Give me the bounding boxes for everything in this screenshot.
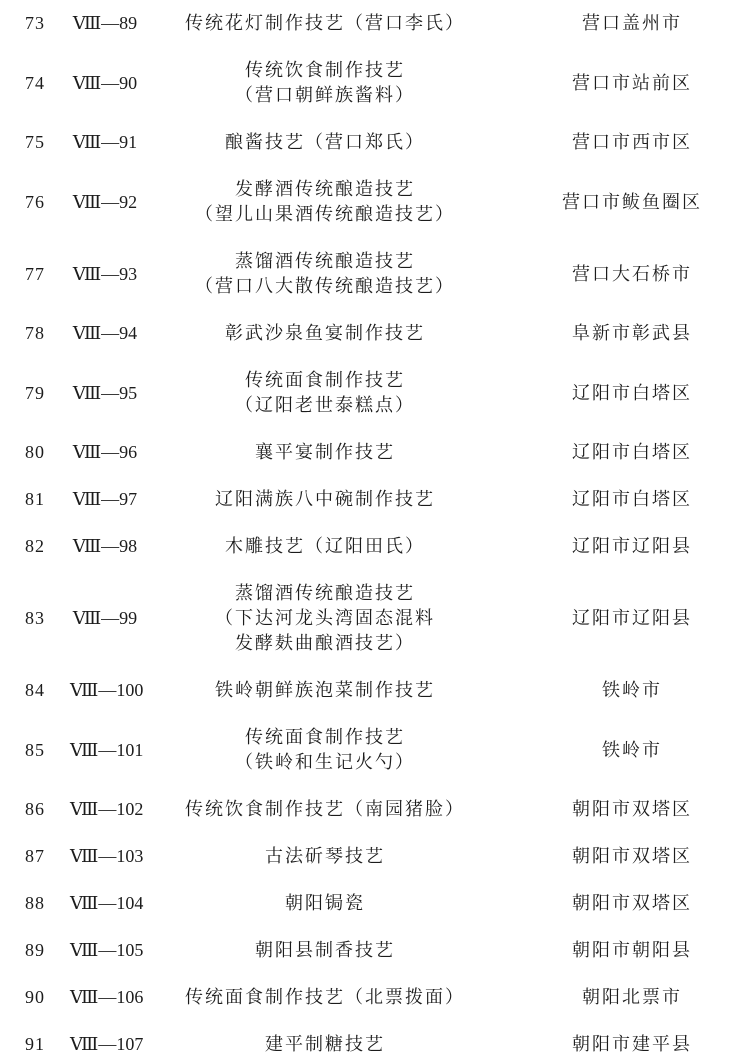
item-name-line: 发酵酒传统酿造技艺 (140, 177, 510, 202)
item-name: 传统饮食制作技艺（南园猪脸） (140, 797, 510, 822)
row-number: 76 (0, 190, 70, 215)
row-code: Ⅷ—99 (70, 606, 140, 631)
item-name-line: 朝阳县制香技艺 (140, 938, 510, 963)
row-number: 90 (0, 985, 70, 1010)
item-location: 辽阳市白塔区 (510, 440, 730, 465)
item-name-line: 襄平宴制作技艺 (140, 440, 510, 465)
row-number: 87 (0, 844, 70, 869)
item-name: 发酵酒传统酿造技艺（望儿山果酒传统酿造技艺） (140, 177, 510, 227)
item-location: 营口市站前区 (510, 71, 730, 96)
item-location: 朝阳市双塔区 (510, 891, 730, 916)
item-name-line: 辽阳满族八中碗制作技艺 (140, 487, 510, 512)
item-location: 辽阳市辽阳县 (510, 534, 730, 559)
row-code: Ⅷ—93 (70, 262, 140, 287)
row-number: 85 (0, 738, 70, 763)
item-name-line: （辽阳老世泰糕点） (140, 393, 510, 418)
row-number: 78 (0, 321, 70, 346)
item-location: 营口市西市区 (510, 130, 730, 155)
item-name: 古法斫琴技艺 (140, 844, 510, 869)
row-code: Ⅷ—95 (70, 381, 140, 406)
row-number: 81 (0, 487, 70, 512)
table-row: 91Ⅷ—107建平制糖技艺朝阳市建平县 (0, 1021, 730, 1060)
row-code: Ⅷ—107 (70, 1032, 140, 1057)
item-location: 朝阳市双塔区 (510, 797, 730, 822)
row-number: 74 (0, 71, 70, 96)
item-name-line: 传统面食制作技艺 (140, 368, 510, 393)
row-number: 80 (0, 440, 70, 465)
item-name: 酿酱技艺（营口郑氏） (140, 130, 510, 155)
row-code: Ⅷ—105 (70, 938, 140, 963)
row-code: Ⅷ—89 (70, 11, 140, 36)
item-name-line: （望儿山果酒传统酿造技艺） (140, 202, 510, 227)
item-location: 辽阳市辽阳县 (510, 606, 730, 631)
item-location: 阜新市彰武县 (510, 321, 730, 346)
item-name: 朝阳县制香技艺 (140, 938, 510, 963)
item-name: 辽阳满族八中碗制作技艺 (140, 487, 510, 512)
item-name-line: 传统饮食制作技艺 (140, 58, 510, 83)
item-location: 朝阳市建平县 (510, 1032, 730, 1057)
row-number: 82 (0, 534, 70, 559)
row-code: Ⅷ—96 (70, 440, 140, 465)
row-number: 75 (0, 130, 70, 155)
row-number: 86 (0, 797, 70, 822)
item-name-line: （下达河龙头湾固态混料 (140, 606, 510, 631)
row-number: 73 (0, 11, 70, 36)
item-name: 彰武沙泉鱼宴制作技艺 (140, 321, 510, 346)
item-name: 传统饮食制作技艺（营口朝鲜族酱料） (140, 58, 510, 108)
item-name: 传统花灯制作技艺（营口李氏） (140, 11, 510, 36)
row-number: 88 (0, 891, 70, 916)
item-name-line: 蒸馏酒传统酿造技艺 (140, 581, 510, 606)
row-code: Ⅷ—92 (70, 190, 140, 215)
row-code: Ⅷ—106 (70, 985, 140, 1010)
item-name: 传统面食制作技艺（北票拨面） (140, 985, 510, 1010)
item-name-line: 传统饮食制作技艺（南园猪脸） (140, 797, 510, 822)
item-name-line: 传统面食制作技艺 (140, 725, 510, 750)
table-row: 90Ⅷ—106传统面食制作技艺（北票拨面）朝阳北票市 (0, 974, 730, 1021)
table-row: 76Ⅷ—92发酵酒传统酿造技艺（望儿山果酒传统酿造技艺）营口市鲅鱼圈区 (0, 166, 730, 238)
table-row: 79Ⅷ—95传统面食制作技艺（辽阳老世泰糕点）辽阳市白塔区 (0, 357, 730, 429)
item-location: 辽阳市白塔区 (510, 487, 730, 512)
row-code: Ⅷ—97 (70, 487, 140, 512)
item-location: 营口市鲅鱼圈区 (510, 190, 730, 215)
table-row: 75Ⅷ—91酿酱技艺（营口郑氏）营口市西市区 (0, 119, 730, 166)
table-row: 83Ⅷ—99蒸馏酒传统酿造技艺（下达河龙头湾固态混料发酵麸曲酿酒技艺）辽阳市辽阳… (0, 570, 730, 667)
item-location: 朝阳市朝阳县 (510, 938, 730, 963)
table-row: 87Ⅷ—103古法斫琴技艺朝阳市双塔区 (0, 833, 730, 880)
item-location: 朝阳北票市 (510, 985, 730, 1010)
item-location: 铁岭市 (510, 678, 730, 703)
item-name-line: 铁岭朝鲜族泡菜制作技艺 (140, 678, 510, 703)
item-name: 铁岭朝鲜族泡菜制作技艺 (140, 678, 510, 703)
item-name: 传统面食制作技艺（铁岭和生记火勺） (140, 725, 510, 775)
table-row: 85Ⅷ—101传统面食制作技艺（铁岭和生记火勺）铁岭市 (0, 714, 730, 786)
heritage-table: 73Ⅷ—89传统花灯制作技艺（营口李氏）营口盖州市74Ⅷ—90传统饮食制作技艺（… (0, 0, 730, 1060)
item-location: 朝阳市双塔区 (510, 844, 730, 869)
item-name-line: 建平制糖技艺 (140, 1032, 510, 1057)
row-code: Ⅷ—100 (70, 678, 140, 703)
row-code: Ⅷ—91 (70, 130, 140, 155)
item-name: 木雕技艺（辽阳田氏） (140, 534, 510, 559)
document-page: 73Ⅷ—89传统花灯制作技艺（营口李氏）营口盖州市74Ⅷ—90传统饮食制作技艺（… (0, 0, 730, 1060)
item-name-line: 古法斫琴技艺 (140, 844, 510, 869)
table-row: 89Ⅷ—105朝阳县制香技艺朝阳市朝阳县 (0, 927, 730, 974)
table-row: 73Ⅷ—89传统花灯制作技艺（营口李氏）营口盖州市 (0, 0, 730, 47)
row-number: 84 (0, 678, 70, 703)
item-location: 营口大石桥市 (510, 262, 730, 287)
item-name-line: （铁岭和生记火勺） (140, 750, 510, 775)
row-number: 79 (0, 381, 70, 406)
table-row: 84Ⅷ—100铁岭朝鲜族泡菜制作技艺铁岭市 (0, 667, 730, 714)
row-code: Ⅷ—98 (70, 534, 140, 559)
item-name-line: 朝阳锔瓷 (140, 891, 510, 916)
table-row: 74Ⅷ—90传统饮食制作技艺（营口朝鲜族酱料）营口市站前区 (0, 47, 730, 119)
table-row: 78Ⅷ—94彰武沙泉鱼宴制作技艺阜新市彰武县 (0, 310, 730, 357)
item-name: 传统面食制作技艺（辽阳老世泰糕点） (140, 368, 510, 418)
table-row: 82Ⅷ—98木雕技艺（辽阳田氏）辽阳市辽阳县 (0, 523, 730, 570)
row-number: 77 (0, 262, 70, 287)
item-name: 蒸馏酒传统酿造技艺（营口八大散传统酿造技艺） (140, 249, 510, 299)
row-code: Ⅷ—104 (70, 891, 140, 916)
row-code: Ⅷ—101 (70, 738, 140, 763)
table-row: 81Ⅷ—97辽阳满族八中碗制作技艺辽阳市白塔区 (0, 476, 730, 523)
item-location: 铁岭市 (510, 738, 730, 763)
item-name: 建平制糖技艺 (140, 1032, 510, 1057)
item-name: 襄平宴制作技艺 (140, 440, 510, 465)
row-code: Ⅷ—102 (70, 797, 140, 822)
row-code: Ⅷ—90 (70, 71, 140, 96)
item-name-line: 传统面食制作技艺（北票拨面） (140, 985, 510, 1010)
table-row: 88Ⅷ—104朝阳锔瓷朝阳市双塔区 (0, 880, 730, 927)
table-row: 77Ⅷ—93蒸馏酒传统酿造技艺（营口八大散传统酿造技艺）营口大石桥市 (0, 238, 730, 310)
row-code: Ⅷ—103 (70, 844, 140, 869)
item-name-line: 发酵麸曲酿酒技艺） (140, 631, 510, 656)
item-name: 朝阳锔瓷 (140, 891, 510, 916)
item-location: 辽阳市白塔区 (510, 381, 730, 406)
item-name: 蒸馏酒传统酿造技艺（下达河龙头湾固态混料发酵麸曲酿酒技艺） (140, 581, 510, 656)
item-location: 营口盖州市 (510, 11, 730, 36)
row-code: Ⅷ—94 (70, 321, 140, 346)
item-name-line: 彰武沙泉鱼宴制作技艺 (140, 321, 510, 346)
item-name-line: 蒸馏酒传统酿造技艺 (140, 249, 510, 274)
item-name-line: 木雕技艺（辽阳田氏） (140, 534, 510, 559)
row-number: 91 (0, 1032, 70, 1057)
row-number: 83 (0, 606, 70, 631)
row-number: 89 (0, 938, 70, 963)
item-name-line: （营口八大散传统酿造技艺） (140, 274, 510, 299)
item-name-line: 传统花灯制作技艺（营口李氏） (140, 11, 510, 36)
item-name-line: （营口朝鲜族酱料） (140, 83, 510, 108)
table-row: 80Ⅷ—96襄平宴制作技艺辽阳市白塔区 (0, 429, 730, 476)
table-row: 86Ⅷ—102传统饮食制作技艺（南园猪脸）朝阳市双塔区 (0, 786, 730, 833)
item-name-line: 酿酱技艺（营口郑氏） (140, 130, 510, 155)
